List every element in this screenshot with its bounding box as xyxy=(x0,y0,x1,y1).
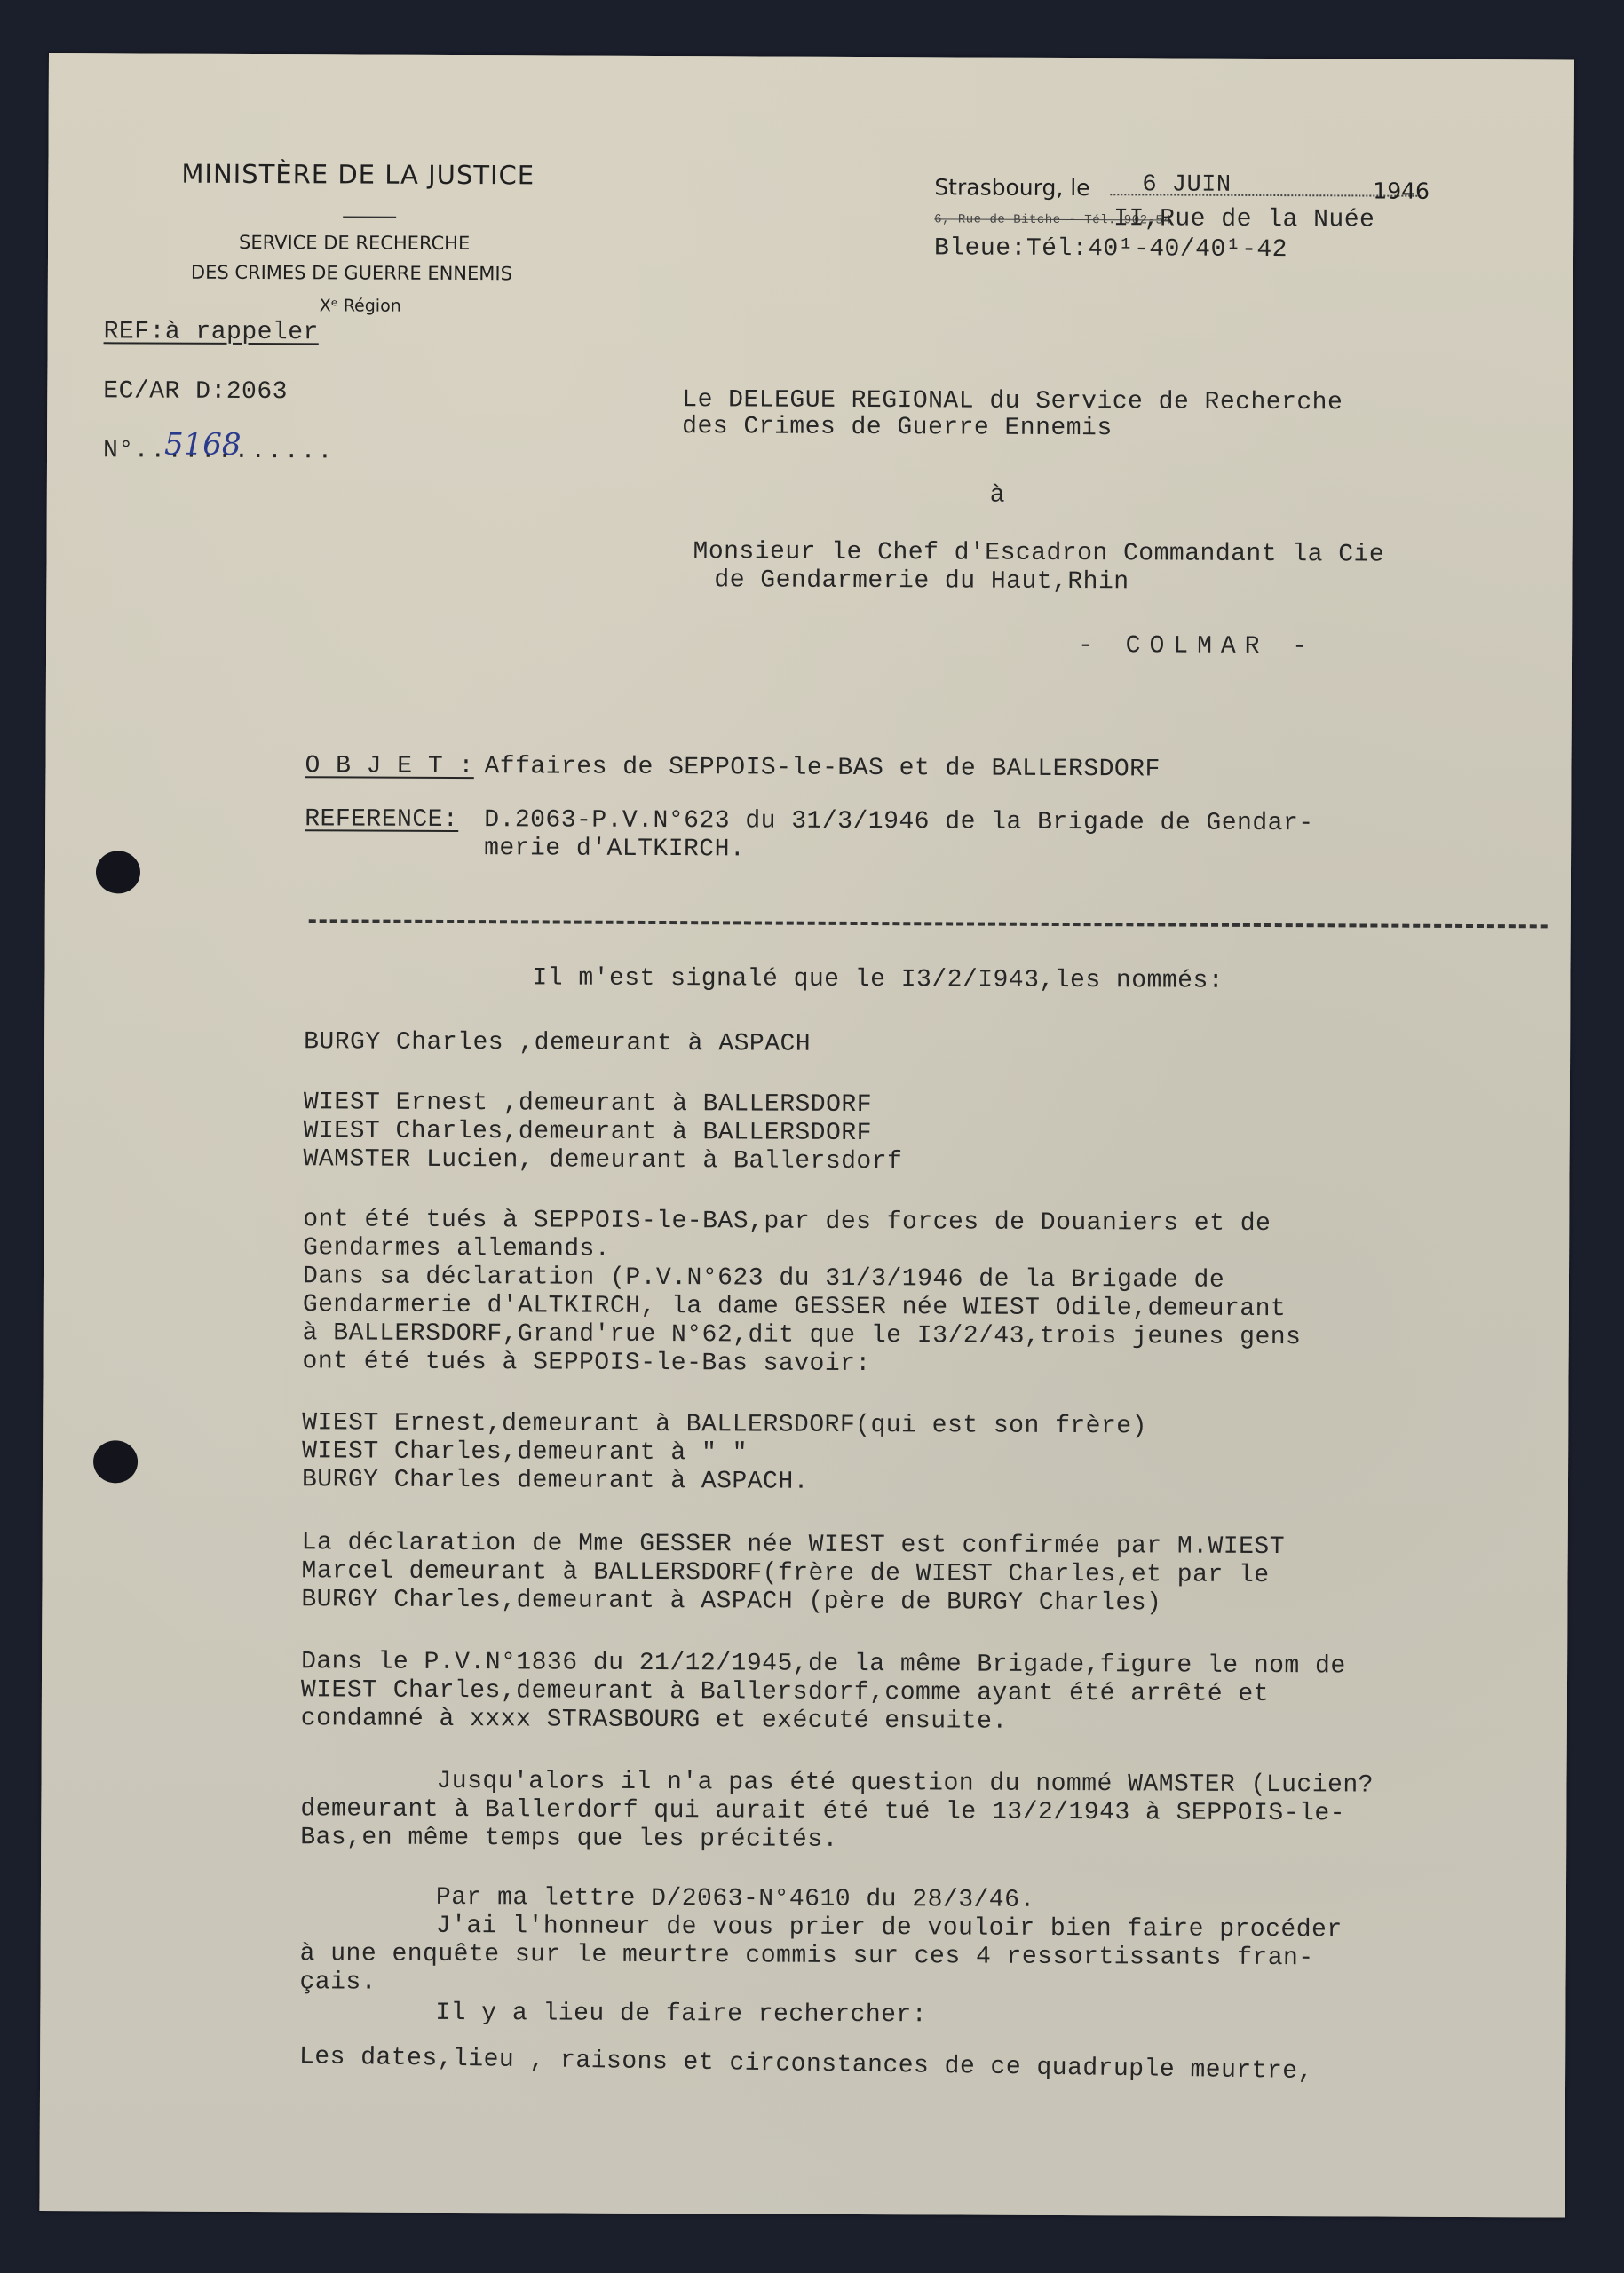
body-intro: Il m'est signalé que le I3/2/I943,les no… xyxy=(532,964,1224,994)
paragraph-line: Gendarmerie d'ALTKIRCH, la dame GESSER n… xyxy=(303,1291,1286,1323)
paragraph-line: Bas,en même temps que les précités. xyxy=(300,1824,838,1854)
recipient-city: - COLMAR - xyxy=(1078,632,1316,661)
dateline-place: Strasbourg, le xyxy=(934,174,1089,201)
paragraph-line: Jusqu'alors il n'a pas été question du n… xyxy=(436,1768,1374,1800)
paragraph-line: Les dates,lieu , raisons et circonstance… xyxy=(299,2043,1313,2086)
paragraph-line: à une enquête sur le meurtre commis sur … xyxy=(300,1940,1314,1972)
address-line-2: Bleue:Tél:40¹-40/40¹-42 xyxy=(934,234,1287,264)
paragraph-line: Gendarmes allemands. xyxy=(303,1234,610,1263)
objet-label: O B J E T : xyxy=(305,752,473,780)
service-line-1: SERVICE DE RECHERCHE xyxy=(239,232,470,254)
separator-dashes xyxy=(309,919,1548,928)
sender-line-2: des Crimes de Guerre Ennemis xyxy=(682,413,1113,442)
punch-hole xyxy=(93,1440,138,1483)
paragraph-line: demeurant à Ballerdorf qui aurait été tu… xyxy=(300,1795,1345,1827)
ministry-title: MINISTÈRE DE LA JUSTICE xyxy=(181,159,535,191)
punch-hole xyxy=(96,851,140,893)
paragraph-line: Dans sa déclaration (P.V.N°623 du 31/3/1… xyxy=(303,1263,1224,1295)
name-line: BURGY Charles demeurant à ASPACH. xyxy=(302,1466,809,1495)
name-line: WAMSTER Lucien, demeurant à Ballersdorf xyxy=(303,1145,902,1176)
reference-line-2: merie d'ALTKIRCH. xyxy=(484,835,745,863)
paragraph-line: Il y a lieu de faire rechercher: xyxy=(435,2000,927,2029)
paragraph-line: Par ma lettre D/2063-N°4610 du 28/3/46. xyxy=(436,1884,1035,1914)
paragraph-line: La déclaration de Mme GESSER née WIEST e… xyxy=(302,1529,1285,1561)
name-line: BURGY Charles ,demeurant à ASPACH xyxy=(304,1028,811,1057)
paragraph-line: à BALLERSDORF,Grand'rue N°62,dit que le … xyxy=(303,1319,1302,1351)
name-line: WIEST Ernest,demeurant à BALLERSDORF(qui… xyxy=(302,1409,1147,1440)
service-line-2: DES CRIMES DE GUERRE ENNEMIS xyxy=(191,262,512,285)
paragraph-line: condamné à xxxx STRASBOURG et exécuté en… xyxy=(301,1705,1008,1735)
name-line: WIEST Charles,demeurant à BALLERSDORF xyxy=(304,1117,872,1147)
name-line: WIEST Charles,demeurant à " " xyxy=(302,1437,748,1467)
paragraph-line: Dans le P.V.N°1836 du 21/12/1945,de la m… xyxy=(301,1648,1346,1680)
objet-text: Affaires de SEPPOIS-le-BAS et de BALLERS… xyxy=(484,753,1160,783)
date-year: 1946 xyxy=(1373,178,1430,204)
recipient-line-2: de Gendarmerie du Haut,Rhin xyxy=(714,566,1129,596)
recipient-line-1: Monsieur le Chef d'Escadron Commandant l… xyxy=(693,538,1384,568)
paragraph-line: ont été tués à SEPPOIS-le-BAS,par des fo… xyxy=(303,1206,1271,1238)
paragraph-line: J'ai l'honneur de vous prier de vouloir … xyxy=(436,1913,1343,1944)
reference-line-1: D.2063-P.V.N°623 du 31/3/1946 de la Brig… xyxy=(484,806,1313,837)
region-label: Xᵉ Région xyxy=(320,296,401,315)
ref-label: REF:à rappeler xyxy=(104,318,319,346)
paragraph-line: çais. xyxy=(299,1968,376,1996)
sender-line-1: Le DELEGUE REGIONAL du Service de Recher… xyxy=(682,386,1343,416)
paragraph-line: Marcel demeurant à BALLERSDORF(frère de … xyxy=(301,1557,1269,1589)
name-line: WIEST Ernest ,demeurant à BALLERSDORF xyxy=(304,1089,872,1119)
paragraph-line: WIEST Charles,demeurant à Ballersdorf,co… xyxy=(301,1676,1269,1708)
number-label: N° xyxy=(103,437,134,464)
to-label: à xyxy=(990,482,1005,510)
paragraph-line: ont été tués à SEPPOIS-le-Bas savoir: xyxy=(303,1348,871,1378)
reference-label: REFERENCE: xyxy=(305,805,458,834)
file-reference: EC/AR D:2063 xyxy=(103,377,288,406)
document-page: MINISTÈRE DE LA JUSTICE SERVICE DE RECHE… xyxy=(39,53,1574,2217)
address-line-1: II,Rue de la Nuée xyxy=(1113,205,1374,234)
handwritten-number: 5168 xyxy=(164,427,242,463)
paragraph-line: BURGY Charles,demeurant à ASPACH (père d… xyxy=(301,1586,1161,1617)
letterhead-rule xyxy=(343,216,396,218)
date-day-month: 6 JUIN xyxy=(1142,171,1231,198)
